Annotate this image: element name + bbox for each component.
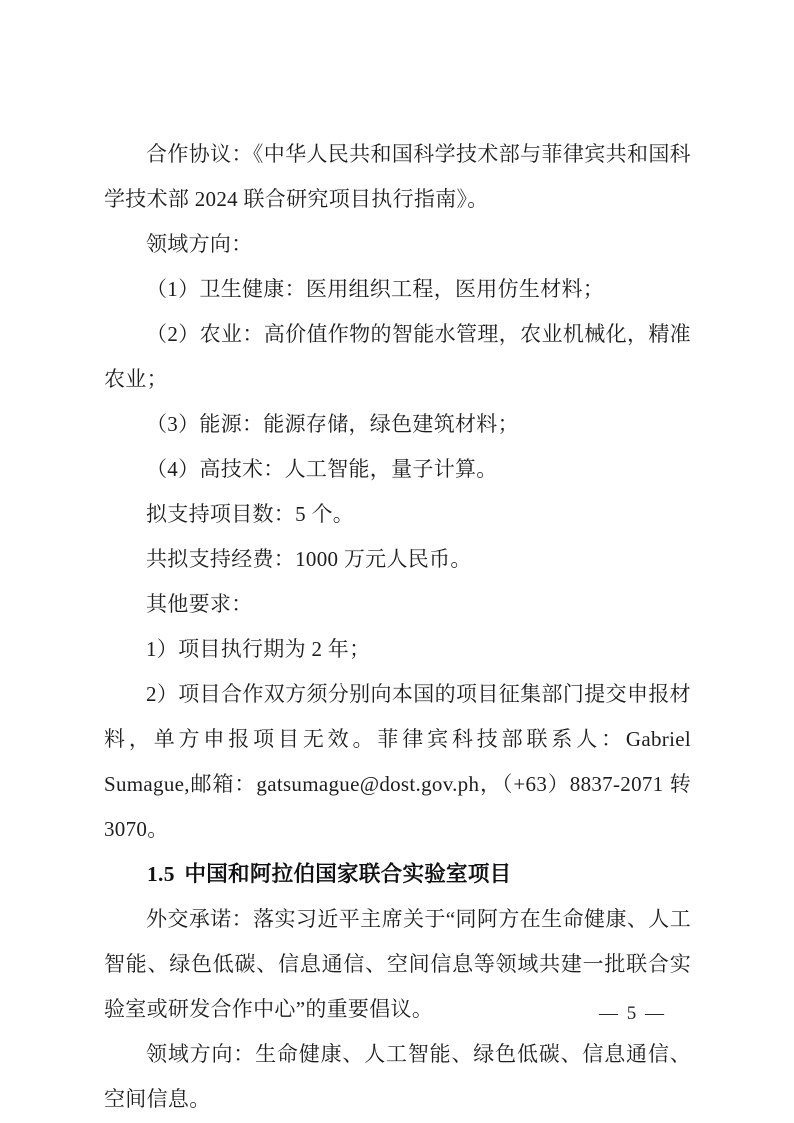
paragraph-requirement-1-duration: 1）项目执行期为 2 年；	[104, 627, 691, 672]
paragraph-field-2-agriculture: （2）农业：高价值作物的智能水管理，农业机械化，精准农业；	[104, 312, 691, 402]
paragraph-section-field-directions: 领域方向：生命健康、人工智能、绿色低碳、信息通信、空间信息。	[104, 1032, 691, 1122]
document-body: 合作协议：《中华人民共和国科学技术部与菲律宾共和国科学技术部 2024 联合研究…	[104, 132, 691, 1122]
paragraph-field-directions-label: 领域方向：	[104, 222, 691, 267]
paragraph-field-4-hightech: （4）高技术：人工智能，量子计算。	[104, 447, 691, 492]
paragraph-field-3-energy: （3）能源：能源存储，绿色建筑材料；	[104, 402, 691, 447]
paragraph-other-requirements-label: 其他要求：	[104, 582, 691, 627]
section-title: 中国和阿拉伯国家联合实验室项目	[184, 862, 511, 886]
paragraph-cooperation-agreement: 合作协议：《中华人民共和国科学技术部与菲律宾共和国科学技术部 2024 联合研究…	[104, 132, 691, 222]
paragraph-requirement-2-contact: 2）项目合作双方须分别向本国的项目征集部门提交申报材料，单方申报项目无效。菲律宾…	[104, 672, 691, 852]
paragraph-field-1-health: （1）卫生健康：医用组织工程，医用仿生材料；	[104, 267, 691, 312]
document-page: 合作协议：《中华人民共和国科学技术部与菲律宾共和国科学技术部 2024 联合研究…	[0, 0, 794, 1123]
paragraph-total-funding: 共拟支持经费：1000 万元人民币。	[104, 537, 691, 582]
section-number: 1.5	[147, 862, 175, 886]
section-heading-1-5: 1.5中国和阿拉伯国家联合实验室项目	[104, 852, 691, 897]
page-number: — 5 —	[599, 998, 666, 1030]
paragraph-project-count: 拟支持项目数：5 个。	[104, 492, 691, 537]
